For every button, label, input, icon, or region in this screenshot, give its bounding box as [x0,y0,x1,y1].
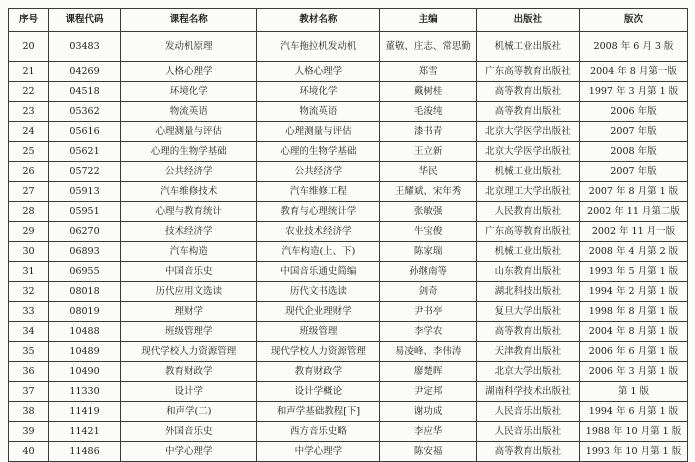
cell-course: 心理的生物学基础 [121,142,257,162]
cell-course: 人格心理学 [121,62,257,82]
cell-seq: 34 [9,322,49,342]
cell-code: 11330 [49,382,121,402]
cell-code: 05616 [49,122,121,142]
cell-course: 理财学 [121,302,257,322]
cell-seq: 21 [9,62,49,82]
table-row: 2705913汽车维修技术汽车维修工程王耀斌、宋年秀北京理工大学出版社2007 … [9,182,688,202]
column-header-editor: 主编 [380,9,476,32]
cell-seq: 26 [9,162,49,182]
cell-textbook: 农业技术经济学 [257,222,380,242]
cell-course: 公共经济学 [121,162,257,182]
cell-seq: 37 [9,382,49,402]
cell-edition: 1994 年 6 月第 1 版 [579,402,687,422]
cell-editor: 董敬、庄志、常思勤 [380,32,476,62]
cell-edition: 2008 年版 [579,142,687,162]
cell-course: 汽车维修技术 [121,182,257,202]
cell-code: 04269 [49,62,121,82]
cell-code: 10488 [49,322,121,342]
cell-edition: 2007 年 8 月第 1 版 [579,182,687,202]
cell-seq: 20 [9,32,49,62]
column-header-textbook: 教材名称 [257,9,380,32]
cell-edition: 2004 年 8 月第一版 [579,62,687,82]
cell-textbook: 物流英语 [257,102,380,122]
cell-publisher: 机械工业出版社 [476,242,579,262]
cell-seq: 28 [9,202,49,222]
table-row: 3811419和声学(二)和声学基础教程[下]谢功成人民音乐出版社1994 年 … [9,402,688,422]
cell-code: 04518 [49,82,121,102]
cell-textbook: 和声学基础教程[下] [257,402,380,422]
cell-textbook: 设计学概论 [257,382,380,402]
cell-edition: 2006 年版 [579,102,687,122]
cell-edition: 2006 年 6 月第 1 版 [579,342,687,362]
cell-publisher: 北京理工大学出版社 [476,182,579,202]
cell-textbook: 历代文书选读 [257,282,380,302]
cell-course: 中学心理学 [121,442,257,462]
cell-textbook: 人格心理学 [257,62,380,82]
cell-seq: 25 [9,142,49,162]
cell-edition: 1994 年 2 月第 1 版 [579,282,687,302]
cell-course: 设计学 [121,382,257,402]
cell-course: 物流英语 [121,102,257,122]
cell-textbook: 教育与心理统计学 [257,202,380,222]
cell-edition: 2006 年 3 月第 1 版 [579,362,687,382]
cell-edition: 2007 年版 [579,162,687,182]
cell-editor: 张敏强 [380,202,476,222]
table-row: 3610490教育财政学教育财政学廖楚晖北京大学出版社2006 年 3 月第 1… [9,362,688,382]
cell-seq: 36 [9,362,49,382]
cell-edition: 2004 年 8 月第 1 版 [579,322,687,342]
cell-course: 发动机原理 [121,32,257,62]
header-row: 序号课程代码课程名称教材名称主编出版社版次 [9,9,688,32]
cell-code: 05362 [49,102,121,122]
cell-editor: 剑奇 [380,282,476,302]
cell-edition: 2002 年 11 月一版 [579,222,687,242]
cell-seq: 24 [9,122,49,142]
cell-course: 汽车构造 [121,242,257,262]
cell-edition: 1998 年 8 月第 1 版 [579,302,687,322]
column-header-publisher: 出版社 [476,9,579,32]
cell-edition: 1993 年 10 月第 1 版 [579,442,687,462]
cell-publisher: 广东高等教育出版社 [476,62,579,82]
table-row: 2505621心理的生物学基础心理的生物学基础王立新北京大学医学出版社2008 … [9,142,688,162]
cell-code: 08019 [49,302,121,322]
table-row: 2204518环境化学环境化学戴树桂高等教育出版社1997 年 3 月第 1 版 [9,82,688,102]
cell-code: 10490 [49,362,121,382]
cell-code: 11421 [49,422,121,442]
column-header-course: 课程名称 [121,9,257,32]
cell-editor: 易凌峰、李伟涛 [380,342,476,362]
cell-code: 10489 [49,342,121,362]
cell-publisher: 广东高等教育出版社 [476,222,579,242]
table-row: 2906270技术经济学农业技术经济学牛宝俊广东高等教育出版社2002 年 11… [9,222,688,242]
cell-publisher: 人民音乐出版社 [476,402,579,422]
table-row: 3711330设计学设计学概论尹定邦湖南科学技术出版社第 1 版 [9,382,688,402]
cell-code: 03483 [49,32,121,62]
cell-seq: 40 [9,442,49,462]
table-row: 2305362物流英语物流英语毛浚纯高等教育出版社2006 年版 [9,102,688,122]
table-row: 3208018历代应用文选读历代文书选读剑奇湖北科技出版社1994 年 2 月第… [9,282,688,302]
cell-seq: 39 [9,422,49,442]
cell-publisher: 复旦大学出版社 [476,302,579,322]
cell-publisher: 机械工业出版社 [476,162,579,182]
cell-editor: 陈安福 [380,442,476,462]
cell-textbook: 环境化学 [257,82,380,102]
table-row: 3106955中国音乐史中国音乐通史简编孙继南等山东教育出版社1993 年 5 … [9,262,688,282]
cell-editor: 尹定邦 [380,382,476,402]
table-row: 2605722公共经济学公共经济学华民机械工业出版社2007 年版 [9,162,688,182]
cell-editor: 郑雪 [380,62,476,82]
cell-code: 05722 [49,162,121,182]
cell-course: 教育财政学 [121,362,257,382]
cell-course: 外国音乐史 [121,422,257,442]
cell-publisher: 北京大学医学出版社 [476,122,579,142]
table-row: 3308019理财学现代企业理财学尹书亭复旦大学出版社1998 年 8 月第 1… [9,302,688,322]
cell-editor: 谢功成 [380,402,476,422]
cell-code: 11486 [49,442,121,462]
cell-seq: 33 [9,302,49,322]
cell-seq: 31 [9,262,49,282]
cell-code: 05621 [49,142,121,162]
cell-editor: 华民 [380,162,476,182]
cell-code: 05913 [49,182,121,202]
cell-edition: 1997 年 3 月第 1 版 [579,82,687,102]
cell-editor: 牛宝俊 [380,222,476,242]
cell-course: 历代应用文选读 [121,282,257,302]
cell-seq: 22 [9,82,49,102]
cell-course: 和声学(二) [121,402,257,422]
cell-publisher: 机械工业出版社 [476,32,579,62]
cell-textbook: 中国音乐通史简编 [257,262,380,282]
column-header-edition: 版次 [579,9,687,32]
cell-seq: 35 [9,342,49,362]
cell-edition: 2002 年 11 月第二版 [579,202,687,222]
cell-publisher: 高等教育出版社 [476,82,579,102]
cell-editor: 陈家瑞 [380,242,476,262]
table-body: 2003483发动机原理汽车拖拉机发动机董敬、庄志、常思勤机械工业出版社2008… [9,32,688,462]
column-header-code: 课程代码 [49,9,121,32]
column-header-seq: 序号 [9,9,49,32]
cell-code: 08018 [49,282,121,302]
cell-edition: 第 1 版 [579,382,687,402]
cell-editor: 孙继南等 [380,262,476,282]
cell-edition: 1993 年 5 月第 1 版 [579,262,687,282]
cell-textbook: 中学心理学 [257,442,380,462]
table-row: 4011486中学心理学中学心理学陈安福高等教育出版社1993 年 10 月第 … [9,442,688,462]
cell-textbook: 西方音乐史略 [257,422,380,442]
cell-editor: 漆书青 [380,122,476,142]
cell-course: 中国音乐史 [121,262,257,282]
cell-publisher: 人民音乐出版社 [476,422,579,442]
table-row: 2805951心理与教育统计教育与心理统计学张敏强人民教育出版社2002 年 1… [9,202,688,222]
cell-publisher: 人民教育出版社 [476,202,579,222]
table-row: 3510489现代学校人力资源管理现代学校人力资源管理易凌峰、李伟涛天津教育出版… [9,342,688,362]
cell-course: 技术经济学 [121,222,257,242]
cell-editor: 王立新 [380,142,476,162]
cell-code: 06270 [49,222,121,242]
table-header: 序号课程代码课程名称教材名称主编出版社版次 [9,9,688,32]
cell-publisher: 北京大学医学出版社 [476,142,579,162]
cell-seq: 32 [9,282,49,302]
cell-textbook: 公共经济学 [257,162,380,182]
cell-publisher: 北京大学出版社 [476,362,579,382]
cell-code: 06893 [49,242,121,262]
cell-publisher: 湖南科学技术出版社 [476,382,579,402]
cell-editor: 李应华 [380,422,476,442]
cell-editor: 戴树桂 [380,82,476,102]
cell-textbook: 班级管理 [257,322,380,342]
table-row: 3911421外国音乐史西方音乐史略李应华人民音乐出版社1988 年 10 月第… [9,422,688,442]
cell-seq: 30 [9,242,49,262]
cell-edition: 1988 年 10 月第 1 版 [579,422,687,442]
cell-editor: 李学农 [380,322,476,342]
cell-editor: 王耀斌、宋年秀 [380,182,476,202]
cell-editor: 廖楚晖 [380,362,476,382]
cell-publisher: 天津教育出版社 [476,342,579,362]
cell-textbook: 教育财政学 [257,362,380,382]
table-row: 2104269人格心理学人格心理学郑雪广东高等教育出版社2004 年 8 月第一… [9,62,688,82]
cell-edition: 2007 年版 [579,122,687,142]
cell-textbook: 汽车构造(上、下) [257,242,380,262]
cell-course: 现代学校人力资源管理 [121,342,257,362]
cell-editor: 尹书亭 [380,302,476,322]
cell-course: 环境化学 [121,82,257,102]
cell-code: 05951 [49,202,121,222]
cell-edition: 2008 年 4 月第 2 版 [579,242,687,262]
table-row: 3410488班级管理学班级管理李学农高等教育出版社2004 年 8 月第 1 … [9,322,688,342]
cell-publisher: 高等教育出版社 [476,442,579,462]
cell-seq: 27 [9,182,49,202]
cell-publisher: 高等教育出版社 [476,102,579,122]
course-textbook-list-page: 序号课程代码课程名称教材名称主编出版社版次 2003483发动机原理汽车拖拉机发… [0,0,695,424]
cell-course: 心理与教育统计 [121,202,257,222]
cell-course: 班级管理学 [121,322,257,342]
cell-textbook: 现代学校人力资源管理 [257,342,380,362]
cell-textbook: 汽车拖拉机发动机 [257,32,380,62]
cell-textbook: 心理测量与评估 [257,122,380,142]
course-textbook-table: 序号课程代码课程名称教材名称主编出版社版次 2003483发动机原理汽车拖拉机发… [8,8,688,462]
cell-publisher: 山东教育出版社 [476,262,579,282]
cell-course: 心理测量与评估 [121,122,257,142]
cell-seq: 29 [9,222,49,242]
cell-editor: 毛浚纯 [380,102,476,122]
cell-textbook: 心理的生物学基础 [257,142,380,162]
cell-code: 06955 [49,262,121,282]
cell-seq: 38 [9,402,49,422]
cell-seq: 23 [9,102,49,122]
cell-code: 11419 [49,402,121,422]
cell-textbook: 现代企业理财学 [257,302,380,322]
cell-textbook: 汽车维修工程 [257,182,380,202]
cell-edition: 2008 年 6 月 3 版 [579,32,687,62]
table-row: 2003483发动机原理汽车拖拉机发动机董敬、庄志、常思勤机械工业出版社2008… [9,32,688,62]
table-row: 3006893汽车构造汽车构造(上、下)陈家瑞机械工业出版社2008 年 4 月… [9,242,688,262]
cell-publisher: 高等教育出版社 [476,322,579,342]
cell-publisher: 湖北科技出版社 [476,282,579,302]
table-row: 2405616心理测量与评估心理测量与评估漆书青北京大学医学出版社2007 年版 [9,122,688,142]
